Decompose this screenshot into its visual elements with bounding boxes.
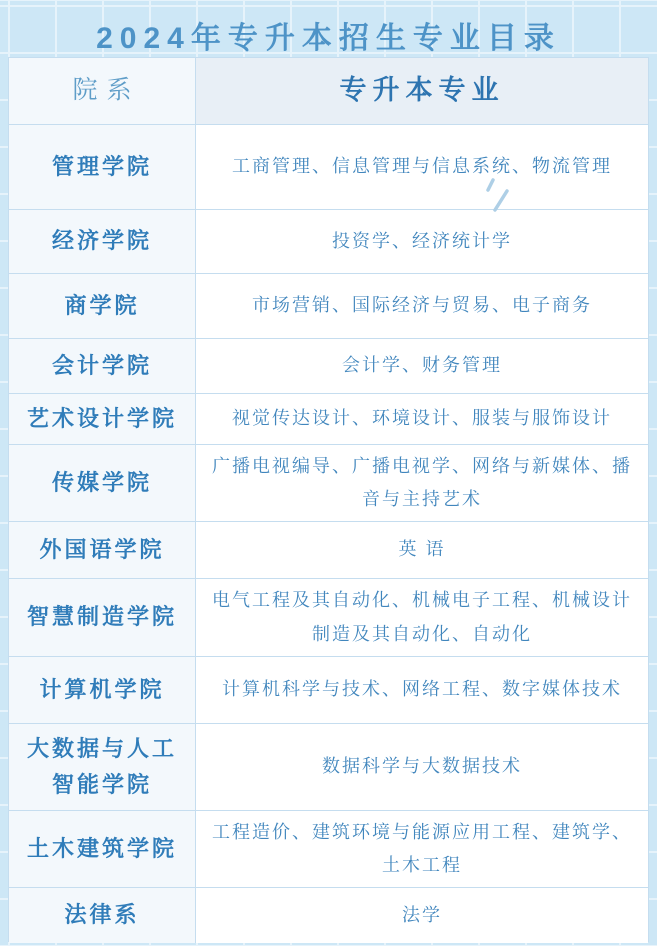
table-row: 商学院 市场营销、国际经济与贸易、电子商务 [9,273,648,338]
majors-list: 会计学、财务管理 [195,339,648,393]
college-name: 法律系 [9,888,195,943]
college-name: 传媒学院 [9,445,195,521]
college-name: 大数据与人工智能学院 [9,724,195,810]
college-name: 土木建筑学院 [9,811,195,887]
college-name: 智慧制造学院 [9,579,195,656]
table-row: 计算机学院 计算机科学与技术、网络工程、数字媒体技术 [9,656,648,723]
college-name: 商学院 [9,274,195,338]
table-row: 会计学院 会计学、财务管理 [9,338,648,393]
table-row: 管理学院 工商管理、信息管理与信息系统、物流管理 [9,124,648,209]
majors-list: 工程造价、建筑环境与能源应用工程、建筑学、土木工程 [195,811,648,887]
majors-list: 广播电视编导、广播电视学、网络与新媒体、播音与主持艺术 [195,445,648,521]
table-row: 大数据与人工智能学院 数据科学与大数据技术 [9,723,648,810]
column-header-majors: 专升本专业 [195,58,648,124]
column-header-college: 院系 [9,58,195,124]
majors-table: 院系 专升本专业 管理学院 工商管理、信息管理与信息系统、物流管理 经济学院 投… [8,57,649,942]
majors-list: 计算机科学与技术、网络工程、数字媒体技术 [195,657,648,723]
table-row: 法律系 法学 [9,887,648,943]
college-name: 管理学院 [9,125,195,209]
table-row: 土木建筑学院 工程造价、建筑环境与能源应用工程、建筑学、土木工程 [9,810,648,887]
page-title: 2024年专升本招生专业目录 [0,13,657,57]
sparkle-decoration-icon [478,176,514,216]
college-name: 外国语学院 [9,522,195,578]
majors-list: 数据科学与大数据技术 [195,724,648,810]
page: 2024年专升本招生专业目录 院系 专升本专业 管理学院 工商管理、信息管理与信… [0,0,657,946]
college-name: 经济学院 [9,210,195,273]
college-name: 艺术设计学院 [9,394,195,444]
majors-list: 投资学、经济统计学 [195,210,648,273]
table-row: 经济学院 投资学、经济统计学 [9,209,648,273]
table-row: 传媒学院 广播电视编导、广播电视学、网络与新媒体、播音与主持艺术 [9,444,648,521]
majors-list: 英 语 [195,522,648,578]
table-header-row: 院系 专升本专业 [9,58,648,124]
majors-list: 视觉传达设计、环境设计、服装与服饰设计 [195,394,648,444]
college-name: 会计学院 [9,339,195,393]
majors-list: 法学 [195,888,648,943]
table-row: 智慧制造学院 电气工程及其自动化、机械电子工程、机械设计制造及其自动化、自动化 [9,578,648,656]
majors-list: 市场营销、国际经济与贸易、电子商务 [195,274,648,338]
majors-list: 工商管理、信息管理与信息系统、物流管理 [195,125,648,209]
college-name: 计算机学院 [9,657,195,723]
table-row: 外国语学院 英 语 [9,521,648,578]
majors-list: 电气工程及其自动化、机械电子工程、机械设计制造及其自动化、自动化 [195,579,648,656]
table-row: 艺术设计学院 视觉传达设计、环境设计、服装与服饰设计 [9,393,648,444]
